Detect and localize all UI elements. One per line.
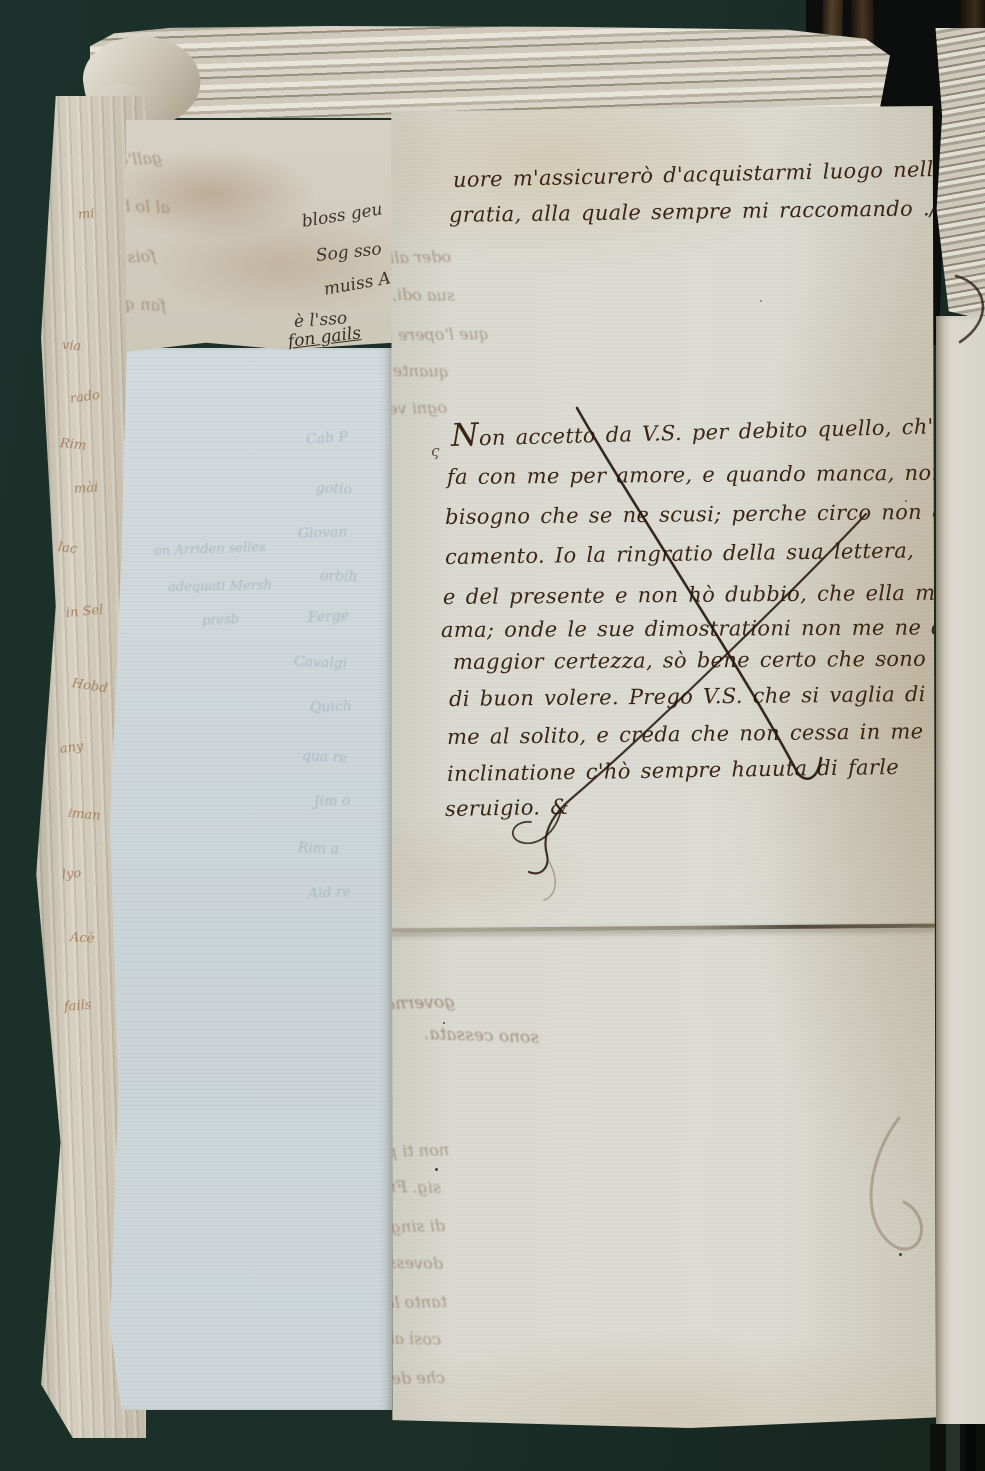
letter-line: e del presente e non hò dubbio, che ella… [443,581,943,609]
blue-under-sheet: on Arriden selles adequati Mersh presb C… [110,348,392,1410]
fore-edge-fragment: any [59,739,84,757]
page-stack-top-edges [90,26,890,118]
blue-fragment: Aid re [308,884,352,902]
blue-annotation-line: adequati Mersh [168,578,272,595]
ink-speck [443,1022,445,1024]
ink-speck [884,658,886,660]
blue-fragment: Quich [310,699,352,716]
ink-speck [435,1168,438,1171]
fore-edge-fragment: via [61,338,81,354]
blue-fragment: Ferge [308,608,350,626]
ink-speck [899,1253,902,1256]
fore-edge-fragment: mi [77,206,95,223]
blue-fragment: Cab P [305,429,348,448]
binding-bar-icon [946,1424,960,1471]
ink-speck [760,300,762,302]
ghost-heading-lower: sono cessata. [424,1024,540,1048]
letter-line: fa con me per amore, e quando manca, non… [447,460,976,489]
letter-line: maggior certezza, sò bene certo che sono… [453,646,985,674]
fore-edge-fragment: mài [73,480,98,497]
letter-line: di buon volere. Prego V.S. che si vaglia… [449,682,926,711]
fore-edge-fragment: iman [67,806,101,824]
fore-edge-fragment: lac [57,540,78,557]
fragment-ink-mark: Sog sso [315,239,383,266]
blue-fragment: orbih [320,568,358,585]
right-page-sliver [936,316,985,1430]
blue-fragment: gotio [316,480,353,498]
ink-speck [905,500,907,502]
fore-edge-fragment: lyo [61,866,82,883]
fragment-page: gall'anima in nulla lys al lo basi gen f… [126,120,392,352]
blue-fragment: Jim o [314,793,351,810]
fore-edge-fragment: Rim [59,436,87,454]
blue-annotation-line: presb [202,612,240,629]
letter-line: seruigio. & [445,795,570,821]
blue-fragment: Cavalgi [294,654,348,672]
main-letter-page: uore m'assicurerò d'acquistarmi luogo ne… [388,106,936,1428]
binding-bar-icon [966,1424,976,1471]
letter-line: ama; onde le sue dimostrationi non me ne… [441,615,985,642]
paragraph-mark: ς [431,442,439,460]
fragment-ink-mark: bloss geu [300,199,383,231]
laid-paper-texture [110,348,392,1410]
blue-fragment: qua re [302,748,349,766]
fragment-ink-mark: muiss Ar [322,267,400,300]
fore-edge-fragment: fails [63,998,92,1015]
fore-edge-fragment: Acè [69,930,94,947]
blue-fragment: Rim a [298,840,340,857]
manuscript-photo: mi via rado Rim mài lac in Sel Hobd any … [0,0,985,1471]
blue-fragment: Giovan [298,524,348,542]
